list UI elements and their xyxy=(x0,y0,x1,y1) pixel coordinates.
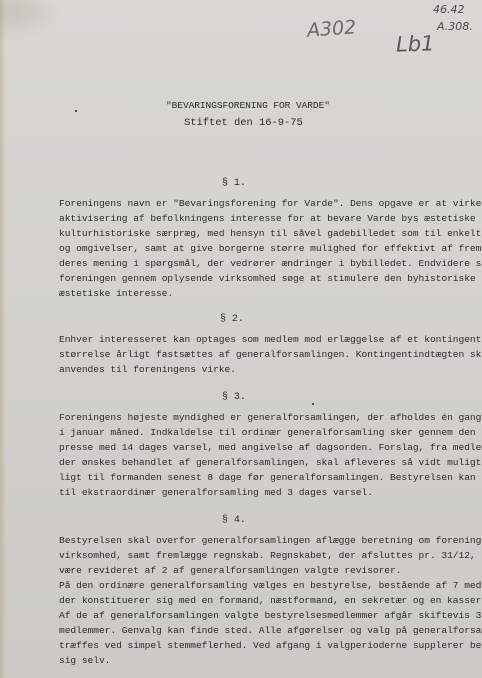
text-line: presse med 14 dages varsel, med angivels… xyxy=(59,440,482,455)
document-page: A302 Lb1 46.42 A.308. "BEVARINGSFORENING… xyxy=(0,0,482,678)
text-line: Foreningens navn er "Bevaringsforening f… xyxy=(59,196,482,211)
text-line: anvendes til foreningens virke. xyxy=(59,362,482,377)
document-subtitle: Stiftet den 16-9-75 xyxy=(184,117,303,129)
text-line: i januar måned. Indkaldelse til ordinær … xyxy=(59,425,482,440)
text-line: deres mening i spørgsmål, der vedrører æ… xyxy=(59,256,482,271)
section-body-1: Foreningens navn er "Bevaringsforening f… xyxy=(59,196,482,301)
text-line: kulturhistoriske særpræg, med hensyn til… xyxy=(59,226,482,241)
text-line: træffes ved simpel stemmeflerhed. Ved af… xyxy=(59,638,482,653)
handwritten-catalog-number: 46.42 xyxy=(433,3,465,16)
text-line: sig selv. xyxy=(59,653,482,668)
section-body-2: Enhver interesseret kan optages som medl… xyxy=(59,332,482,377)
text-line: medlemmer. Genvalg kan finde sted. Alle … xyxy=(59,623,482,638)
text-line: aktivisering af befolkningens interesse … xyxy=(59,211,482,226)
handwritten-archive-mark: A302 xyxy=(306,16,357,41)
section-heading-2: § 2. xyxy=(220,314,244,325)
paper-speck xyxy=(312,403,314,405)
text-line: størrelse årligt fastsættes af generalfo… xyxy=(59,347,482,362)
text-line: Bestyrelsen skal overfor generalforsamli… xyxy=(59,533,482,548)
text-line: foreningen gennem oplysende virksomhed s… xyxy=(59,271,482,286)
text-line: være revideret af 2 af generalforsamling… xyxy=(59,563,482,578)
section-heading-1: § 1. xyxy=(222,178,246,189)
section-heading-3: § 3. xyxy=(222,392,246,403)
text-line: ligt til formanden senest 8 dage før gen… xyxy=(59,470,482,485)
text-line: På den ordinære generalforsamling vælges… xyxy=(59,578,482,593)
section-body-3: Foreningens højeste myndighed er general… xyxy=(59,410,482,500)
text-line: til ekstraordinær generalforsamling med … xyxy=(59,485,482,500)
handwritten-page-mark: Lb1 xyxy=(396,31,435,56)
text-line: der konstituerer sig med en formand, næs… xyxy=(59,593,482,608)
section-heading-4: § 4. xyxy=(222,515,246,526)
text-line: der ønskes behandlet af generalforsamlin… xyxy=(59,455,482,470)
text-line: og omgivelser, samt at give borgerne stø… xyxy=(59,241,482,256)
document-title: "BEVARINGSFORENING FOR VARDE" xyxy=(166,100,330,111)
handwritten-catalog-reference: A.308. xyxy=(437,20,473,33)
text-line: virksomhed, samt fremlægge regnskab. Reg… xyxy=(59,548,482,563)
section-body-4: Bestyrelsen skal overfor generalforsamli… xyxy=(59,533,482,668)
paper-speck xyxy=(75,110,77,112)
text-line: Foreningens højeste myndighed er general… xyxy=(59,410,482,425)
text-line: Af de af generalforsamlingen valgte best… xyxy=(59,608,482,623)
text-line: æstetiske interesse. xyxy=(59,286,482,301)
text-line: Enhver interesseret kan optages som medl… xyxy=(59,332,482,347)
